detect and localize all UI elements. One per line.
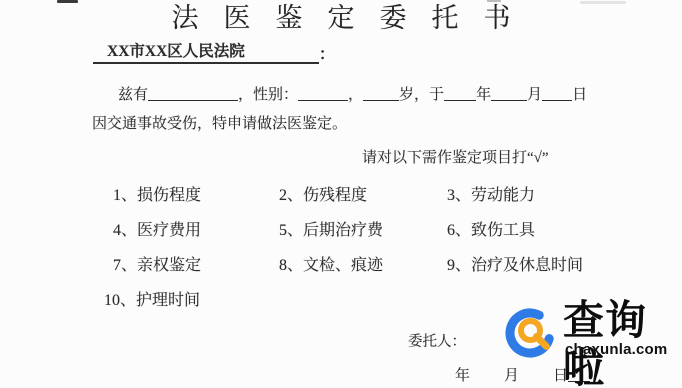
scanned-form-page: 法医鉴定委托书 XX市XX区人民法院： 兹有，性别：，岁，于年月日 因交通事故受… [0,0,682,388]
date-year-label: 年 [455,368,470,384]
items-grid: 1、损伤程度2、伤残程度3、劳动能力4、医疗费用5、后期治疗费6、致伤工具7、亲… [104,188,670,309]
intro-blank-5 [542,85,572,101]
appraisal-item-4: 4、医疗费用 [104,223,270,239]
reason-line: 因交通事故受伤，特申请做法医鉴定。 [92,115,347,133]
signer-label: 委托人： [408,334,466,351]
magnifier-logo-icon [503,304,561,362]
intro-text-6: 日 [572,87,587,103]
addressee-name: XX市XX区人民法院 [93,42,319,64]
intro-blank-2 [363,85,399,101]
appraisal-item-8: 8、文检、痕迹 [270,258,438,274]
appraisal-item-10: 10、护理时间 [104,293,270,309]
appraisal-item-3: 3、劳动能力 [438,188,670,204]
intro-text-0: 兹有 [118,87,148,103]
intro-text-1: ，性别： [238,87,298,103]
intro-text-5: 月 [527,87,542,103]
appraisal-item-2: 2、伤残程度 [270,188,438,204]
form-title: 法医鉴定委托书 [0,2,682,34]
appraisal-item-6: 6、致伤工具 [438,223,670,239]
intro-text-4: 年 [476,87,491,103]
chaxunla-watermark: 查询啦 chaxunla.com [500,296,682,362]
appraisal-item-7: 7、亲权鉴定 [104,258,270,274]
intro-text-2: ， [348,87,363,103]
intro-line: 兹有，性别：，岁，于年月日 [118,83,587,104]
intro-blank-3 [444,85,476,101]
addressee-line: XX市XX区人民法院： [93,42,335,64]
intro-text-3: 岁，于 [399,87,444,103]
addressee-colon: ： [319,45,335,64]
appraisal-item-9: 9、治疗及休息时间 [438,258,670,274]
watermark-domain-text: chaxunla.com [565,342,667,358]
logo-ring [505,308,555,358]
intro-blank-1 [298,85,348,101]
intro-blank-0 [148,85,238,101]
appraisal-item-5: 5、后期治疗费 [270,223,438,239]
intro-blank-4 [491,85,527,101]
date-month-label: 月 [504,368,519,384]
instruction-line: 请对以下需作鉴定项目打“√” [362,149,549,167]
appraisal-item-1: 1、损伤程度 [104,188,270,204]
